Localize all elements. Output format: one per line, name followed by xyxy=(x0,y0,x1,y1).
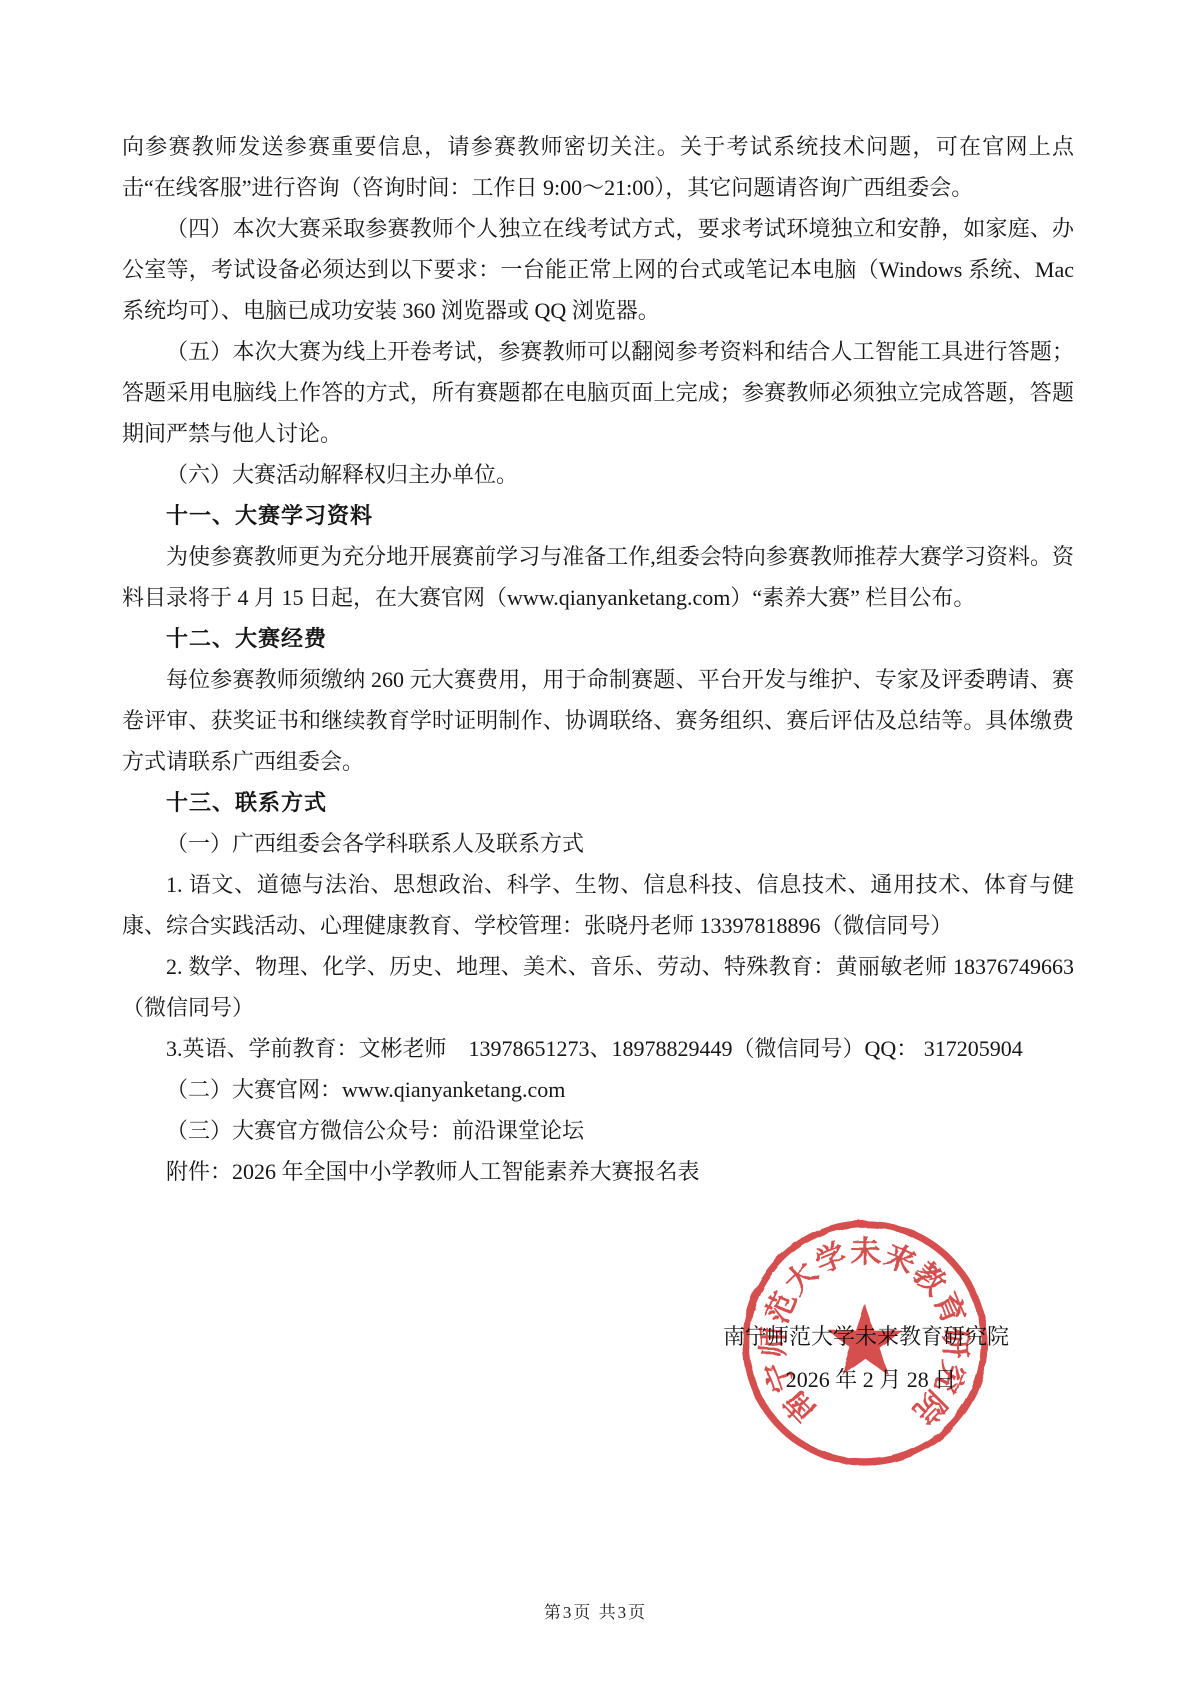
paragraph-item-5: （五）本次大赛为线上开卷考试，参赛教师可以翻阅参考资料和结合人工智能工具进行答题… xyxy=(122,331,1074,454)
paragraph-contact-intro: （一）广西组委会各学科联系人及联系方式 xyxy=(122,823,1074,864)
contact-item-2: 2. 数学、物理、化学、历史、地理、美术、音乐、劳动、特殊教育：黄丽敏老师 18… xyxy=(122,946,1074,1028)
star-icon xyxy=(828,1304,903,1375)
official-seal-stamp: 南宁师范大学未来教育研究院 xyxy=(737,1215,993,1471)
paragraph-continuation: 向参赛教师发送参赛重要信息，请参赛教师密切关注。关于考试系统技术问题，可在官网上… xyxy=(122,126,1074,208)
paragraph-item-6: （六）大赛活动解释权归主办单位。 xyxy=(122,454,1074,495)
paragraph-study-materials: 为使参赛教师更为充分地开展赛前学习与准备工作,组委会特向参赛教师推荐大赛学习资料… xyxy=(122,536,1074,618)
paragraph-fees: 每位参赛教师须缴纳 260 元大赛费用，用于命制赛题、平台开发与维护、专家及评委… xyxy=(122,659,1074,782)
paragraph-item-4: （四）本次大赛采取参赛教师个人独立在线考试方式，要求考试环境独立和安静，如家庭、… xyxy=(122,208,1074,331)
attachment-note: 附件：2026 年全国中小学教师人工智能素养大赛报名表 xyxy=(122,1151,1074,1192)
document-body: 向参赛教师发送参赛重要信息，请参赛教师密切关注。关于考试系统技术问题，可在官网上… xyxy=(122,126,1074,1192)
contact-item-1: 1. 语文、道德与法治、思想政治、科学、生物、信息科技、信息技术、通用技术、体育… xyxy=(122,864,1074,946)
heading-11-study-materials: 十一、大赛学习资料 xyxy=(122,495,1074,536)
contact-item-3: 3.英语、学前教育：文彬老师 13978651273、18978829449（微… xyxy=(122,1028,1074,1069)
paragraph-wechat-account: （三）大赛官方微信公众号：前沿课堂论坛 xyxy=(122,1110,1074,1151)
page-number-indicator: 第3页 共3页 xyxy=(0,1598,1191,1623)
paragraph-official-website: （二）大赛官网：www.qianyanketang.com xyxy=(122,1069,1074,1110)
heading-12-fees: 十二、大赛经费 xyxy=(122,618,1074,659)
document-page: 向参赛教师发送参赛重要信息，请参赛教师密切关注。关于考试系统技术问题，可在官网上… xyxy=(0,0,1191,1684)
heading-13-contact: 十三、联系方式 xyxy=(122,782,1074,823)
